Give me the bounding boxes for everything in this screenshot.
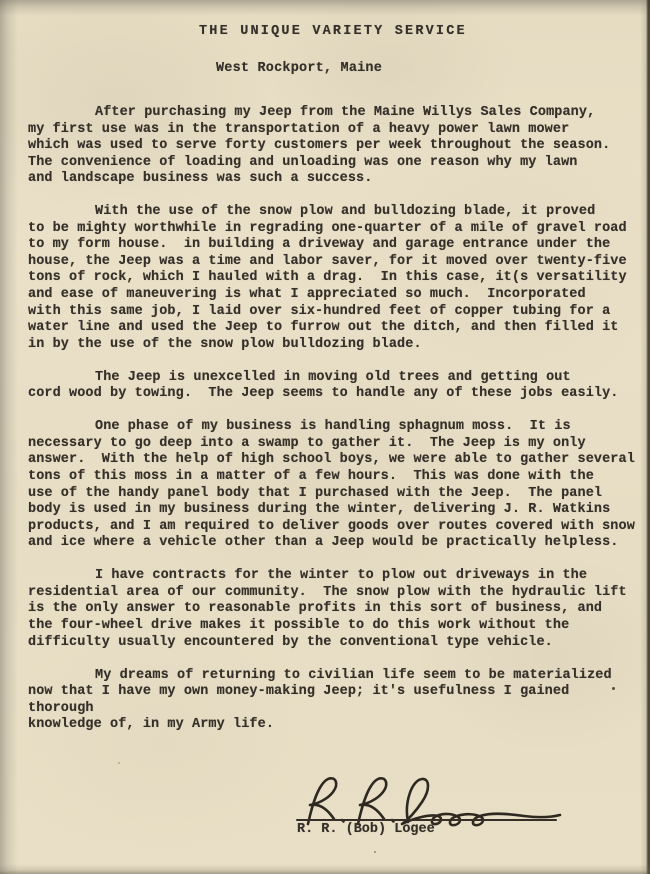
paragraph-sphagnum-moss: One phase of my business is handling sph… bbox=[28, 419, 636, 551]
letter-body: After purchasing my Jeep from the Maine … bbox=[28, 105, 636, 750]
ink-speck bbox=[118, 762, 120, 764]
scan-edge-left bbox=[0, 0, 18, 874]
signature-line bbox=[296, 819, 557, 821]
paragraph-winter-contracts: I have contracts for the winter to plow … bbox=[28, 568, 636, 651]
ink-speck bbox=[374, 851, 376, 853]
ink-speck bbox=[612, 687, 615, 690]
handwritten-signature bbox=[288, 772, 578, 834]
paragraph-civilian-life: My dreams of returning to civilian life … bbox=[28, 668, 636, 734]
paragraph-jeep-purchase: After purchasing my Jeep from the Maine … bbox=[28, 105, 636, 188]
scan-edge-right bbox=[640, 0, 650, 874]
typed-signature-name: R. R. (Bob) Logee bbox=[297, 822, 435, 837]
paragraph-snow-plow-grading: With the use of the snow plow and bulldo… bbox=[28, 204, 636, 353]
letter-title: THE UNIQUE VARIETY SERVICE bbox=[199, 24, 467, 39]
scan-edge-bottom bbox=[0, 864, 650, 874]
letter-location: West Rockport, Maine bbox=[216, 61, 382, 76]
letter-page: THE UNIQUE VARIETY SERVICE West Rockport… bbox=[0, 0, 650, 874]
paragraph-towing: The Jeep is unexcelled in moving old tre… bbox=[28, 370, 636, 403]
scan-edge-top bbox=[0, 0, 650, 16]
